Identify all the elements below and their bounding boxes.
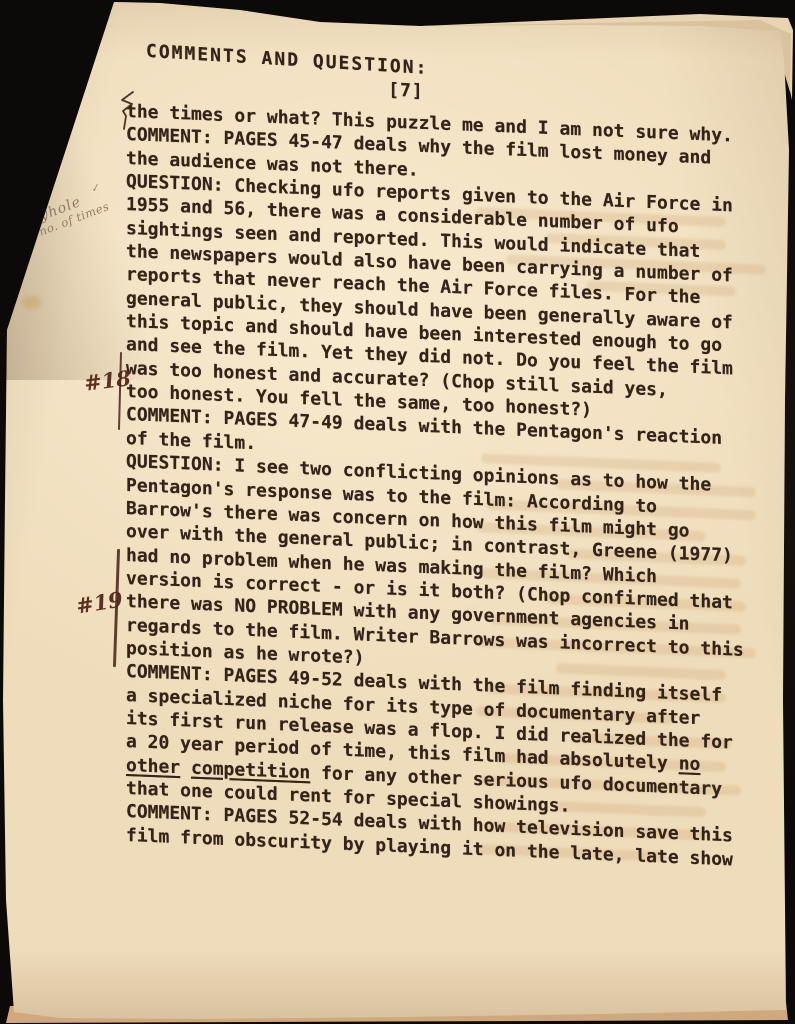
pencil-check-mark: ✓ (89, 182, 102, 196)
body-lines: the times or what? This puzzle me and I … (126, 100, 786, 874)
margin-note-18: #18 (83, 365, 133, 396)
photo-background: COMMENTS AND QUESTION: [7] the times or … (0, 0, 795, 1024)
typewritten-content: COMMENTS AND QUESTION: [7] the times or … (126, 40, 786, 874)
document-page: COMMENTS AND QUESTION: [7] the times or … (0, 0, 795, 1024)
squiggle-insertion-mark-icon (118, 90, 140, 132)
paper-stain (22, 296, 42, 309)
